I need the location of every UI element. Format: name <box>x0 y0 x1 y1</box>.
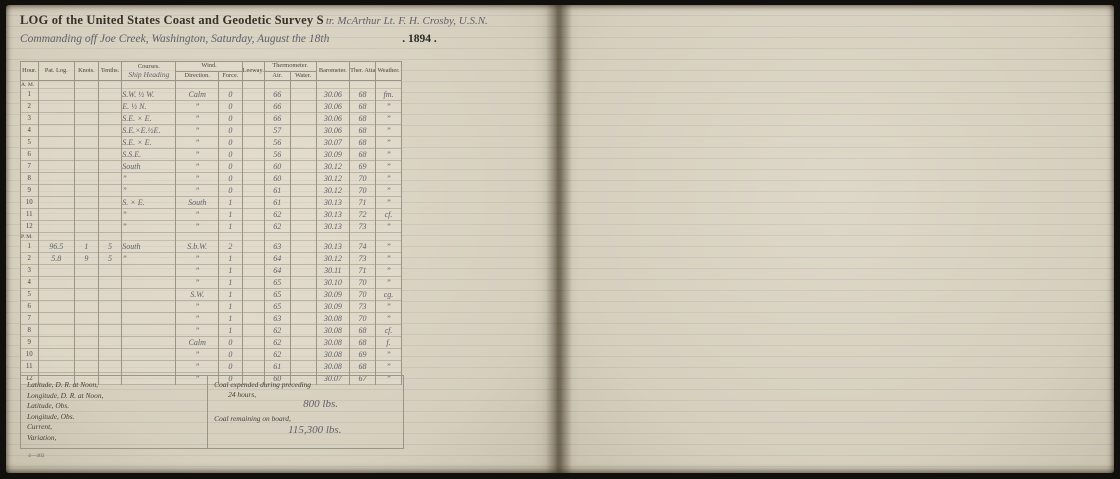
data-cell <box>290 125 316 137</box>
table-row: 6S.S.E.”05630.0968” <box>21 149 402 161</box>
data-cell <box>122 325 176 337</box>
position-and-coal-box: Latitude, D. R. at Noon,Longitude, D. R.… <box>20 375 404 449</box>
data-cell <box>75 265 99 277</box>
data-cell <box>242 277 264 289</box>
form-number: 4—402 <box>28 453 45 459</box>
data-cell: 0 <box>219 173 243 185</box>
data-cell <box>98 301 122 313</box>
data-cell: 30.09 <box>316 301 350 313</box>
data-cell <box>75 361 99 373</box>
data-cell: 73 <box>350 253 376 265</box>
data-cell: 69 <box>350 349 376 361</box>
data-cell <box>38 173 75 185</box>
col-header-weather: Weather. <box>376 62 402 81</box>
data-cell: S.S.E. <box>122 149 176 161</box>
data-cell: ” <box>376 113 402 125</box>
hour-cell: 5 <box>21 137 39 149</box>
table-row: 3”16430.1171” <box>21 265 402 277</box>
table-row: 5S.W.16530.0970cg. <box>21 289 402 301</box>
data-cell <box>242 349 264 361</box>
data-cell: 1 <box>75 241 99 253</box>
data-cell: 30.09 <box>316 289 350 301</box>
data-cell <box>242 101 264 113</box>
data-cell: ” <box>376 265 402 277</box>
data-cell <box>242 161 264 173</box>
table-row: 6”16530.0973” <box>21 301 402 313</box>
data-cell: 2 <box>219 241 243 253</box>
col-header-courses: Courses. Ship Heading <box>122 62 176 81</box>
data-cell <box>242 337 264 349</box>
data-cell <box>98 113 122 125</box>
empty-cell <box>376 81 402 89</box>
right-page: REMARKS. From Midnight to 4.20, A.M.Thic… <box>558 5 1114 473</box>
col-header-water: Water. <box>290 71 316 81</box>
data-cell: 30.12 <box>316 253 350 265</box>
data-cell: 65 <box>264 277 290 289</box>
coal-remaining-value-handwritten: 115,300 lbs. <box>288 424 341 436</box>
data-cell: S.E. × E. <box>122 113 176 125</box>
table-row: 8”16230.0868cf. <box>21 325 402 337</box>
empty-cell <box>98 233 122 241</box>
data-cell: ” <box>176 161 219 173</box>
data-cell <box>98 149 122 161</box>
courses-label: Courses. <box>138 63 160 70</box>
commanding-line-handwritten: Commanding off Joe Creek, Washington, Sa… <box>20 33 329 45</box>
hour-cell: 10 <box>21 349 39 361</box>
data-cell: 62 <box>264 221 290 233</box>
data-cell <box>38 349 75 361</box>
data-cell: 62 <box>264 337 290 349</box>
data-cell <box>242 289 264 301</box>
data-cell <box>98 173 122 185</box>
data-cell: 0 <box>219 101 243 113</box>
table-row: 9Calm06230.0868f. <box>21 337 402 349</box>
data-cell: South <box>176 197 219 209</box>
data-cell <box>242 209 264 221</box>
data-cell: ” <box>122 185 176 197</box>
data-cell: S.E.×E.½E. <box>122 125 176 137</box>
data-cell <box>242 197 264 209</box>
data-cell: 30.12 <box>316 173 350 185</box>
empty-cell <box>38 233 75 241</box>
data-cell <box>98 289 122 301</box>
data-cell: ” <box>176 349 219 361</box>
data-cell: 30.13 <box>316 197 350 209</box>
table-row: 4S.E.×E.½E.”05730.0668” <box>21 125 402 137</box>
data-cell <box>75 221 99 233</box>
hour-cell: 3 <box>21 113 39 125</box>
data-cell: ” <box>176 209 219 221</box>
data-cell: 68 <box>350 125 376 137</box>
hour-cell: 12 <box>21 221 39 233</box>
data-cell <box>38 313 75 325</box>
empty-cell <box>75 81 99 89</box>
hour-cell: 9 <box>21 185 39 197</box>
data-cell: 61 <box>264 361 290 373</box>
data-cell: ” <box>376 253 402 265</box>
data-cell: S.E. × E. <box>122 137 176 149</box>
data-cell <box>290 209 316 221</box>
data-cell: ” <box>376 173 402 185</box>
data-cell <box>290 301 316 313</box>
data-cell <box>242 173 264 185</box>
data-cell: 1 <box>219 325 243 337</box>
data-cell: S.W. <box>176 289 219 301</box>
position-label: Current, <box>27 422 207 433</box>
data-cell: 30.09 <box>316 149 350 161</box>
data-cell <box>38 289 75 301</box>
hour-cell: 2 <box>21 253 39 265</box>
data-cell: ” <box>376 313 402 325</box>
hour-cell: 7 <box>21 161 39 173</box>
data-cell <box>38 125 75 137</box>
data-cell <box>242 125 264 137</box>
data-cell: 56 <box>264 149 290 161</box>
data-cell: 64 <box>264 265 290 277</box>
data-cell: 1 <box>219 265 243 277</box>
data-cell: 96.5 <box>38 241 75 253</box>
data-cell <box>98 221 122 233</box>
data-cell <box>38 89 75 101</box>
data-cell <box>98 325 122 337</box>
data-cell: 62 <box>264 325 290 337</box>
data-cell <box>242 313 264 325</box>
position-label: Longitude, Obs. <box>27 412 207 423</box>
data-cell: 1 <box>219 209 243 221</box>
hour-cell: 6 <box>21 149 39 161</box>
col-header-leeway: Leeway. <box>242 62 264 81</box>
data-cell <box>75 313 99 325</box>
data-cell <box>38 161 75 173</box>
data-cell: 0 <box>219 337 243 349</box>
table-row: 196.515SouthS.b.W.26330.1374” <box>21 241 402 253</box>
data-cell <box>75 161 99 173</box>
data-cell: 5 <box>98 241 122 253</box>
hour-cell: 8 <box>21 325 39 337</box>
data-cell <box>98 313 122 325</box>
data-cell: 30.13 <box>316 241 350 253</box>
data-cell: 68 <box>350 361 376 373</box>
data-cell <box>242 325 264 337</box>
data-cell <box>38 185 75 197</box>
data-cell <box>242 89 264 101</box>
data-cell: 30.13 <box>316 209 350 221</box>
data-cell <box>122 289 176 301</box>
log-title: LOG of the United States Coast and Geode… <box>20 13 324 27</box>
coal-remaining-label: Coal remaining on board, <box>214 414 403 424</box>
data-cell <box>290 253 316 265</box>
data-cell: 68 <box>350 337 376 349</box>
logbook-scan: LOG of the United States Coast and Geode… <box>6 5 1114 473</box>
data-cell: 66 <box>264 101 290 113</box>
data-cell: 61 <box>264 185 290 197</box>
data-cell <box>38 113 75 125</box>
data-cell: 63 <box>264 241 290 253</box>
data-cell <box>290 349 316 361</box>
table-row: 9””06130.1270” <box>21 185 402 197</box>
data-cell <box>75 113 99 125</box>
data-cell: 70 <box>350 313 376 325</box>
data-cell: 66 <box>264 89 290 101</box>
data-cell <box>290 337 316 349</box>
data-cell <box>75 89 99 101</box>
data-cell: ” <box>122 221 176 233</box>
data-cell <box>290 221 316 233</box>
data-cell <box>242 221 264 233</box>
data-cell <box>98 161 122 173</box>
data-cell <box>290 173 316 185</box>
data-cell: 61 <box>264 197 290 209</box>
data-cell: 0 <box>219 137 243 149</box>
data-cell: ” <box>176 125 219 137</box>
data-cell <box>75 125 99 137</box>
data-cell <box>242 301 264 313</box>
data-cell: 1 <box>219 289 243 301</box>
table-row: 5S.E. × E.”05630.0768” <box>21 137 402 149</box>
data-cell: 30.07 <box>316 137 350 149</box>
data-cell <box>75 325 99 337</box>
data-cell <box>290 161 316 173</box>
data-cell <box>38 101 75 113</box>
table-row: 10S. × E.South16130.1371” <box>21 197 402 209</box>
hour-cell: 9 <box>21 337 39 349</box>
data-cell <box>290 185 316 197</box>
data-cell <box>242 253 264 265</box>
data-cell <box>242 149 264 161</box>
hour-cell: 5 <box>21 289 39 301</box>
data-cell <box>122 301 176 313</box>
data-cell: 68 <box>350 137 376 149</box>
data-cell <box>98 101 122 113</box>
data-cell: ” <box>176 325 219 337</box>
table-row: 11””16230.1372cf. <box>21 209 402 221</box>
data-cell <box>290 289 316 301</box>
page-header: LOG of the United States Coast and Geode… <box>20 11 540 45</box>
data-cell <box>290 89 316 101</box>
col-header-tenths: Tenths. <box>98 62 122 81</box>
empty-cell <box>219 81 243 89</box>
data-cell: 68 <box>350 149 376 161</box>
data-cell <box>75 349 99 361</box>
data-cell: Calm <box>176 89 219 101</box>
empty-cell <box>350 233 376 241</box>
data-cell <box>122 361 176 373</box>
data-cell: 73 <box>350 301 376 313</box>
data-cell <box>38 197 75 209</box>
data-cell: 63 <box>264 313 290 325</box>
data-cell <box>98 197 122 209</box>
data-cell: 1 <box>219 197 243 209</box>
data-cell: ” <box>176 301 219 313</box>
coal-expended-value-handwritten: 800 lbs. <box>303 398 338 410</box>
col-header-hour: Hour. <box>21 62 39 81</box>
data-cell <box>290 313 316 325</box>
data-cell: South <box>122 241 176 253</box>
data-cell: 65 <box>264 301 290 313</box>
empty-cell <box>242 233 264 241</box>
hour-cell: 4 <box>21 277 39 289</box>
col-header-knots: Knots. <box>75 62 99 81</box>
data-cell <box>38 277 75 289</box>
data-cell: ” <box>176 361 219 373</box>
data-cell: ” <box>122 209 176 221</box>
hour-cell: 3 <box>21 265 39 277</box>
data-cell <box>98 89 122 101</box>
data-cell <box>75 185 99 197</box>
data-cell: ” <box>176 185 219 197</box>
data-cell: 30.06 <box>316 125 350 137</box>
data-cell: 0 <box>219 161 243 173</box>
data-cell <box>290 265 316 277</box>
empty-cell <box>264 233 290 241</box>
data-cell: Calm <box>176 337 219 349</box>
empty-cell <box>122 81 176 89</box>
hour-cell: 4 <box>21 125 39 137</box>
data-cell: 5.8 <box>38 253 75 265</box>
data-cell <box>290 325 316 337</box>
data-cell: ” <box>176 149 219 161</box>
data-cell: 74 <box>350 241 376 253</box>
data-cell: S. × E. <box>122 197 176 209</box>
data-cell: 30.06 <box>316 89 350 101</box>
coal-expended-label: Coal expended during preceding <box>214 380 403 390</box>
data-cell <box>290 113 316 125</box>
table-row: 3S.E. × E.”06630.0668” <box>21 113 402 125</box>
data-cell <box>75 197 99 209</box>
hour-cell: 8 <box>21 173 39 185</box>
coal-section: Coal expended during preceding 24 hours,… <box>208 376 403 448</box>
data-cell <box>38 301 75 313</box>
data-cell: ” <box>376 101 402 113</box>
data-cell <box>38 209 75 221</box>
data-cell: 30.08 <box>316 313 350 325</box>
data-cell: 30.08 <box>316 349 350 361</box>
data-cell: 30.08 <box>316 337 350 349</box>
data-cell <box>122 265 176 277</box>
data-cell: 0 <box>219 361 243 373</box>
data-cell: 1 <box>219 313 243 325</box>
position-label: Latitude, Obs. <box>27 401 207 412</box>
data-cell: 1 <box>219 301 243 313</box>
data-cell: 62 <box>264 349 290 361</box>
empty-cell <box>316 81 350 89</box>
empty-cell <box>176 233 219 241</box>
empty-cell <box>316 233 350 241</box>
empty-cell <box>376 233 402 241</box>
data-cell: 64 <box>264 253 290 265</box>
data-cell: 62 <box>264 209 290 221</box>
data-cell <box>98 125 122 137</box>
data-cell: cf. <box>376 209 402 221</box>
data-cell: ” <box>176 101 219 113</box>
table-row: 11”06130.0868” <box>21 361 402 373</box>
data-cell <box>242 241 264 253</box>
data-cell <box>75 277 99 289</box>
data-cell: 68 <box>350 113 376 125</box>
data-cell <box>75 337 99 349</box>
hour-cell: 1 <box>21 89 39 101</box>
data-cell <box>290 241 316 253</box>
log-year: . 1894 . <box>402 33 437 45</box>
data-cell: 1 <box>219 277 243 289</box>
data-cell <box>290 137 316 149</box>
table-row: 25.895””16430.1273” <box>21 253 402 265</box>
data-cell: 72 <box>350 209 376 221</box>
data-cell: ” <box>176 277 219 289</box>
data-cell <box>75 301 99 313</box>
data-cell <box>290 277 316 289</box>
data-cell: 30.06 <box>316 101 350 113</box>
data-cell: 0 <box>219 113 243 125</box>
empty-cell <box>38 81 75 89</box>
data-cell: ” <box>122 253 176 265</box>
data-cell <box>98 361 122 373</box>
data-cell <box>75 137 99 149</box>
period-label: P. M. <box>21 233 39 241</box>
hour-cell: 7 <box>21 313 39 325</box>
data-cell: ” <box>376 241 402 253</box>
data-cell: 65 <box>264 289 290 301</box>
left-page: LOG of the United States Coast and Geode… <box>6 5 558 473</box>
data-cell: 1 <box>219 253 243 265</box>
hour-cell: 11 <box>21 209 39 221</box>
hour-cell: 11 <box>21 361 39 373</box>
data-cell: 60 <box>264 161 290 173</box>
empty-cell <box>290 81 316 89</box>
data-cell <box>75 289 99 301</box>
data-cell <box>38 265 75 277</box>
log-table-body: A. M.1S.W. ½ W.Calm06630.0668fm.2E. ½ N.… <box>21 81 402 385</box>
col-header-barometer: Barometer. <box>316 62 350 81</box>
data-cell <box>242 361 264 373</box>
empty-cell <box>242 81 264 89</box>
position-label: Latitude, D. R. at Noon, <box>27 380 207 391</box>
data-cell: ” <box>376 161 402 173</box>
data-cell: 0 <box>219 349 243 361</box>
hour-cell: 10 <box>21 197 39 209</box>
data-cell: ” <box>176 253 219 265</box>
data-cell: 1 <box>219 221 243 233</box>
data-cell: ” <box>176 137 219 149</box>
data-cell: South <box>122 161 176 173</box>
data-cell <box>290 101 316 113</box>
period-label-row: A. M. <box>21 81 402 89</box>
data-cell: ” <box>376 221 402 233</box>
table-row: 2E. ½ N.”06630.0668” <box>21 101 402 113</box>
empty-cell <box>98 81 122 89</box>
data-cell: ” <box>176 265 219 277</box>
data-cell: 70 <box>350 185 376 197</box>
hour-cell: 2 <box>21 101 39 113</box>
col-header-air: Air. <box>264 71 290 81</box>
data-cell <box>38 137 75 149</box>
data-cell <box>75 101 99 113</box>
table-row: 7”16330.0870” <box>21 313 402 325</box>
data-cell: S.W. ½ W. <box>122 89 176 101</box>
data-cell: ” <box>376 149 402 161</box>
data-cell: S.b.W. <box>176 241 219 253</box>
position-label: Longitude, D. R. at Noon, <box>27 391 207 402</box>
empty-cell <box>264 81 290 89</box>
hour-cell: 1 <box>21 241 39 253</box>
data-cell: fm. <box>376 89 402 101</box>
data-cell: 30.12 <box>316 161 350 173</box>
empty-cell <box>176 81 219 89</box>
table-row: 8””06030.1270” <box>21 173 402 185</box>
data-cell: cf. <box>376 325 402 337</box>
data-cell: 0 <box>219 89 243 101</box>
empty-cell <box>122 233 176 241</box>
